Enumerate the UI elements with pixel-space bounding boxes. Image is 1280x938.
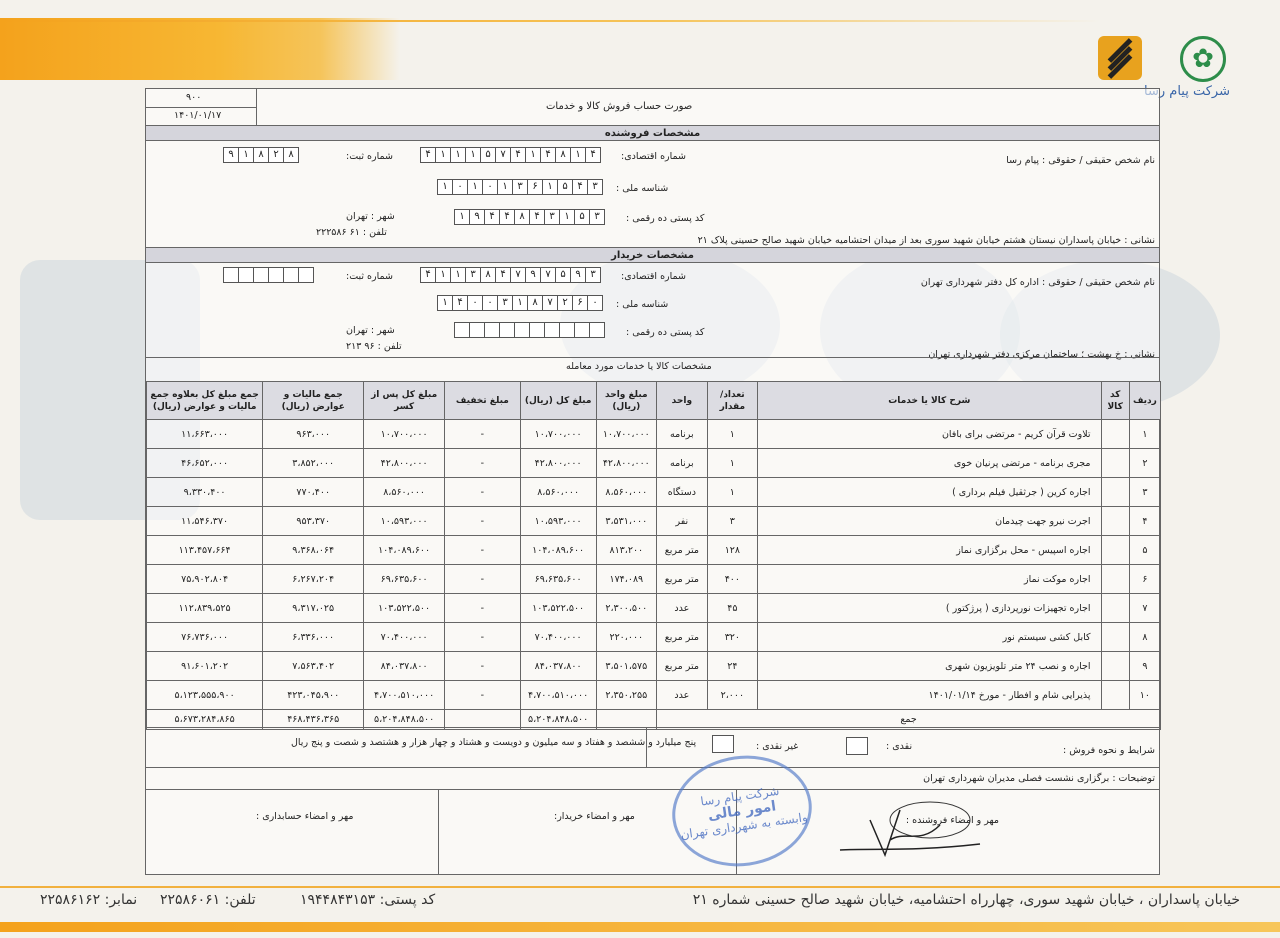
digit-box xyxy=(529,322,545,338)
digit-box: ۱ xyxy=(559,209,575,225)
table-row: ۲مجری برنامه - مرتضی پرنیان خوی۱برنامه۴۲… xyxy=(147,449,1161,478)
cell-discount: - xyxy=(445,652,521,681)
digit-box: ۰ xyxy=(482,295,498,311)
col-unit: واحد xyxy=(657,382,708,420)
cell-tax: ۹،۳۶۸،۰۶۴ xyxy=(263,536,364,565)
buyer-name-value: اداره کل دفتر شهرداری تهران xyxy=(921,277,1039,288)
digit-box xyxy=(238,267,254,283)
cell-after-discount: ۱۰،۷۰۰،۰۰۰ xyxy=(364,420,445,449)
digit-box: ۴ xyxy=(484,209,500,225)
buyer-national-id-label: شناسه ملی : xyxy=(616,299,668,310)
digit-box: ۹ xyxy=(223,147,239,163)
digit-box xyxy=(283,267,299,283)
cell-qty: ۳۲۰ xyxy=(707,623,758,652)
buyer-section-title: مشخصات خریدار xyxy=(146,247,1159,263)
cell-after-discount: ۸۴،۰۳۷،۸۰۰ xyxy=(364,652,445,681)
buyer-economic-code-label: شماره اقتصادی: xyxy=(621,271,686,282)
digit-box: ۶ xyxy=(527,179,543,195)
cell-grand: ۱۱،۵۴۶،۳۷۰ xyxy=(147,507,263,536)
buyer-city: شهر : تهران xyxy=(346,325,395,336)
digit-box: ۳ xyxy=(589,209,605,225)
buyer-phone: تلفن : ۹۶ ۲۱۳ xyxy=(346,341,402,352)
digit-box: ۱ xyxy=(525,147,541,163)
digit-box: ۱ xyxy=(465,147,481,163)
cell-desc: اجاره موکت نماز xyxy=(758,565,1101,594)
digit-box: ۱ xyxy=(437,295,453,311)
digit-box: ۱ xyxy=(570,147,586,163)
invoice-number: ۹۰۰ xyxy=(186,92,201,103)
buyer-national-id: ۱۴۰۰۳۱۸۷۲۶۰ xyxy=(438,295,603,311)
cell-after-discount: ۸،۵۶۰،۰۰۰ xyxy=(364,478,445,507)
cell-after-discount: ۷۰،۴۰۰،۰۰۰ xyxy=(364,623,445,652)
items-table: ردیف کد کالا شرح کالا یا خدمات تعداد/مقد… xyxy=(146,381,1161,730)
col-description: شرح کالا یا خدمات xyxy=(758,382,1101,420)
seller-postal-code: ۱۹۴۴۸۴۳۱۵۳ xyxy=(455,209,605,225)
buyer-registration xyxy=(224,267,314,283)
cell-unit: متر مربع xyxy=(657,623,708,652)
buyer-signature-label: مهر و امضاء خریدار: xyxy=(554,811,635,822)
seller-name-label: نام شخص حقیقی / حقوقی : پیام رسا xyxy=(1006,155,1155,166)
cell-discount: - xyxy=(445,623,521,652)
footer-line xyxy=(0,886,1280,888)
footer-orange-band xyxy=(0,922,1280,932)
digit-box xyxy=(484,322,500,338)
digit-box: ۳ xyxy=(465,267,481,283)
digit-box: ۳ xyxy=(544,209,560,225)
payam-rasa-logo-icon xyxy=(1098,36,1142,80)
digit-box: ۴ xyxy=(499,209,515,225)
digit-box xyxy=(544,322,560,338)
cash-checkbox[interactable] xyxy=(846,737,868,755)
cell-discount: - xyxy=(445,420,521,449)
cell-unit-price: ۳،۵۳۱،۰۰۰ xyxy=(596,507,657,536)
cell-qty: ۱ xyxy=(707,449,758,478)
seller-economic-code-label: شماره اقتصادی: xyxy=(621,151,686,162)
digit-box xyxy=(454,322,470,338)
digit-box: ۸ xyxy=(253,147,269,163)
letterhead-line xyxy=(0,20,1100,22)
terms-label: شرایط و نحوه فروش : xyxy=(1063,745,1155,756)
cell-row: ۱۰ xyxy=(1129,681,1160,710)
cell-grand: ۹۱،۶۰۱،۲۰۲ xyxy=(147,652,263,681)
digit-box: ۹ xyxy=(570,267,586,283)
noncash-checkbox[interactable] xyxy=(712,735,734,753)
col-tax: جمع مالیات و عوارض (ریال) xyxy=(263,382,364,420)
cell-after-discount: ۴،۷۰۰،۵۱۰،۰۰۰ xyxy=(364,681,445,710)
cell-code xyxy=(1101,623,1129,652)
buyer-registration-label: شماره ثبت: xyxy=(346,271,393,282)
table-row: ۹اجاره و نصب ۲۴ متر تلویزیون شهری۲۴متر م… xyxy=(147,652,1161,681)
digit-box xyxy=(514,322,530,338)
cell-unit: متر مربع xyxy=(657,565,708,594)
digit-box: ۴ xyxy=(420,267,436,283)
cell-unit: نفر xyxy=(657,507,708,536)
digit-box: ۵ xyxy=(557,179,573,195)
digit-box: ۴ xyxy=(452,295,468,311)
cell-desc: تلاوت قرآن کریم - مرتضی برای بافان xyxy=(758,420,1101,449)
digit-box: ۹ xyxy=(469,209,485,225)
cell-unit-price: ۲،۳۵۰،۲۵۵ xyxy=(596,681,657,710)
buyer-name-label: نام شخص حقیقی / حقوقی : اداره کل دفتر شه… xyxy=(921,277,1155,288)
digit-box: ۱ xyxy=(450,147,466,163)
digit-box: ۰ xyxy=(587,295,603,311)
cell-desc: اجاره و نصب ۲۴ متر تلویزیون شهری xyxy=(758,652,1101,681)
cell-code xyxy=(1101,478,1129,507)
cell-desc: پذیرایی شام و افطار - مورخ ۱۴۰۱/۰۱/۱۴ xyxy=(758,681,1101,710)
footer-phone: تلفن: ۲۲۵۸۶۰۶۱ xyxy=(160,892,256,908)
digit-box: ۵ xyxy=(574,209,590,225)
digit-box: ۳ xyxy=(587,179,603,195)
table-row: ۴اجرت نیرو جهت چیدمان۳نفر۳،۵۳۱،۰۰۰۱۰،۵۹۳… xyxy=(147,507,1161,536)
seller-national-id: ۱۰۱۰۱۳۶۱۵۴۳ xyxy=(438,179,603,195)
digit-box: ۱ xyxy=(238,147,254,163)
cell-after-discount: ۶۹،۶۳۵،۶۰۰ xyxy=(364,565,445,594)
digit-box: ۱ xyxy=(512,295,528,311)
cell-total: ۱۰،۵۹۳،۰۰۰ xyxy=(520,507,596,536)
digit-box: ۷ xyxy=(540,267,556,283)
digit-box: ۴ xyxy=(540,147,556,163)
seller-national-id-label: شناسه ملی : xyxy=(616,183,668,194)
digit-box: ۷ xyxy=(495,147,511,163)
items-section-title: مشخصات کالا یا خدمات مورد معامله xyxy=(566,361,712,372)
cell-grand: ۴۶،۶۵۲،۰۰۰ xyxy=(147,449,263,478)
cell-unit-price: ۲،۳۰۰،۵۰۰ xyxy=(596,594,657,623)
digit-box xyxy=(499,322,515,338)
digit-box xyxy=(253,267,269,283)
cell-row: ۴ xyxy=(1129,507,1160,536)
accounting-signature-label: مهر و امضاء حسابداری : xyxy=(256,811,353,822)
cell-unit-price: ۲۲۰،۰۰۰ xyxy=(596,623,657,652)
cell-after-discount: ۴۲،۸۰۰،۰۰۰ xyxy=(364,449,445,478)
cell-row: ۸ xyxy=(1129,623,1160,652)
col-unit-price: مبلغ واحد (ریال) xyxy=(596,382,657,420)
cell-unit: برنامه xyxy=(657,449,708,478)
cell-tax: ۹۶۳،۰۰۰ xyxy=(263,420,364,449)
digit-box xyxy=(589,322,605,338)
table-row: ۱۰پذیرایی شام و افطار - مورخ ۱۴۰۱/۰۱/۱۴۲… xyxy=(147,681,1161,710)
cell-tax: ۷۷۰،۴۰۰ xyxy=(263,478,364,507)
table-row: ۳اجاره کرین ( جرثقیل فیلم برداری )۱دستگا… xyxy=(147,478,1161,507)
cell-tax: ۳،۸۵۲،۰۰۰ xyxy=(263,449,364,478)
cell-unit-price: ۸،۵۶۰،۰۰۰ xyxy=(596,478,657,507)
cell-desc: مجری برنامه - مرتضی پرنیان خوی xyxy=(758,449,1101,478)
cell-row: ۳ xyxy=(1129,478,1160,507)
footer-fax: نمابر: ۲۲۵۸۶۱۶۲ xyxy=(40,892,137,908)
cell-qty: ۲،۰۰۰ xyxy=(707,681,758,710)
cell-unit-price: ۴۲،۸۰۰،۰۰۰ xyxy=(596,449,657,478)
cell-unit-price: ۱۰،۷۰۰،۰۰۰ xyxy=(596,420,657,449)
cell-grand: ۹،۳۳۰،۴۰۰ xyxy=(147,478,263,507)
seller-signature xyxy=(830,800,990,860)
cell-total: ۸۴،۰۳۷،۸۰۰ xyxy=(520,652,596,681)
digit-box: ۰ xyxy=(452,179,468,195)
col-row: ردیف xyxy=(1129,382,1160,420)
seller-section-title: مشخصات فروشنده xyxy=(146,125,1159,141)
cell-desc: کابل کشی سیستم نور xyxy=(758,623,1101,652)
digit-box: ۱ xyxy=(542,179,558,195)
digit-box xyxy=(574,322,590,338)
digit-box: ۰ xyxy=(467,295,483,311)
cell-grand: ۵،۱۲۳،۵۵۵،۹۰۰ xyxy=(147,681,263,710)
cell-unit: برنامه xyxy=(657,420,708,449)
invoice-date: ۱۴۰۱/۰۱/۱۷ xyxy=(174,110,221,121)
cell-qty: ۲۴ xyxy=(707,652,758,681)
cell-desc: اجرت نیرو جهت چیدمان xyxy=(758,507,1101,536)
seller-address: نشانی : خیابان پاسداران نیستان هشتم خیاب… xyxy=(698,235,1155,246)
digit-box: ۲ xyxy=(268,147,284,163)
digit-box: ۹ xyxy=(525,267,541,283)
cell-qty: ۴۵ xyxy=(707,594,758,623)
cell-unit-price: ۱۷۴،۰۸۹ xyxy=(596,565,657,594)
cell-tax: ۶،۳۳۶،۰۰۰ xyxy=(263,623,364,652)
digit-box: ۴ xyxy=(572,179,588,195)
digit-box: ۱ xyxy=(454,209,470,225)
amount-in-words: پنج میلیارد و ششصد و هفتاد و سه میلیون و… xyxy=(291,737,696,748)
cell-discount: - xyxy=(445,594,521,623)
letterhead-orange-band xyxy=(0,18,400,80)
cash-label: نقدی : xyxy=(886,741,912,752)
cell-tax: ۴۲۳،۰۴۵،۹۰۰ xyxy=(263,681,364,710)
cell-discount: - xyxy=(445,449,521,478)
cell-grand: ۷۵،۹۰۲،۸۰۴ xyxy=(147,565,263,594)
tehran-municipality-logo-icon: ✿ xyxy=(1180,36,1226,82)
cell-code xyxy=(1101,507,1129,536)
cell-total: ۴۲،۸۰۰،۰۰۰ xyxy=(520,449,596,478)
cell-total: ۶۹،۶۳۵،۶۰۰ xyxy=(520,565,596,594)
cell-after-discount: ۱۰۴،۰۸۹،۶۰۰ xyxy=(364,536,445,565)
col-quantity: تعداد/مقدار xyxy=(707,382,758,420)
cell-discount: - xyxy=(445,565,521,594)
cell-row: ۹ xyxy=(1129,652,1160,681)
cell-qty: ۱ xyxy=(707,478,758,507)
cell-code xyxy=(1101,536,1129,565)
seller-phone: تلفن : ۶۱ ۲۲۲۵۸۶ xyxy=(316,227,387,238)
items-header-row: ردیف کد کالا شرح کالا یا خدمات تعداد/مقد… xyxy=(147,382,1161,420)
digit-box: ۱ xyxy=(435,147,451,163)
cell-qty: ۴۰۰ xyxy=(707,565,758,594)
digit-box: ۵ xyxy=(480,147,496,163)
cell-code xyxy=(1101,652,1129,681)
cell-discount: - xyxy=(445,536,521,565)
buyer-address: نشانی : خ بهشت ؛ ساختمان مرکزی دفتر شهرد… xyxy=(928,349,1155,360)
cell-grand: ۱۱۲،۸۳۹،۵۲۵ xyxy=(147,594,263,623)
footer-address: خیابان پاسداران ، خیابان شهید سوری، چهار… xyxy=(693,892,1240,908)
col-after-discount: مبلغ کل پس از کسر xyxy=(364,382,445,420)
digit-box: ۴ xyxy=(529,209,545,225)
cell-row: ۵ xyxy=(1129,536,1160,565)
digit-box: ۴ xyxy=(510,147,526,163)
digit-box: ۴ xyxy=(585,147,601,163)
cell-desc: اجاره اسپیس - محل برگزاری نماز xyxy=(758,536,1101,565)
cell-tax: ۷،۵۶۳،۴۰۲ xyxy=(263,652,364,681)
cell-grand: ۱۱،۶۶۳،۰۰۰ xyxy=(147,420,263,449)
cell-total: ۱۰۴،۰۸۹،۶۰۰ xyxy=(520,536,596,565)
cell-row: ۲ xyxy=(1129,449,1160,478)
cell-unit: دستگاه xyxy=(657,478,708,507)
col-discount: مبلغ تخفیف xyxy=(445,382,521,420)
table-row: ۵اجاره اسپیس - محل برگزاری نماز۱۲۸متر مر… xyxy=(147,536,1161,565)
cell-tax: ۶،۲۶۷،۲۰۴ xyxy=(263,565,364,594)
digit-box xyxy=(469,322,485,338)
invoice-form: ۹۰۰ ۱۴۰۱/۰۱/۱۷ صورت حساب فروش کالا و خدم… xyxy=(145,88,1160,875)
digit-box: ۲ xyxy=(557,295,573,311)
cell-total: ۱۰،۷۰۰،۰۰۰ xyxy=(520,420,596,449)
digit-box: ۴ xyxy=(420,147,436,163)
seller-registration-label: شماره ثبت: xyxy=(346,151,393,162)
footer-postal-code: کد پستی: ۱۹۴۴۸۴۳۱۵۳ xyxy=(300,892,435,908)
invoice-title: صورت حساب فروش کالا و خدمات xyxy=(546,101,692,112)
digit-box: ۸ xyxy=(555,147,571,163)
digit-box xyxy=(268,267,284,283)
cell-desc: اجاره کرین ( جرثقیل فیلم برداری ) xyxy=(758,478,1101,507)
digit-box: ۸ xyxy=(527,295,543,311)
cell-code xyxy=(1101,449,1129,478)
cell-desc: اجاره تجهیزات نورپردازی ( پرژکتور ) xyxy=(758,594,1101,623)
seller-city: شهر : تهران xyxy=(346,211,395,222)
cell-grand: ۷۶،۷۳۶،۰۰۰ xyxy=(147,623,263,652)
digit-box: ۶ xyxy=(572,295,588,311)
digit-box: ۱ xyxy=(467,179,483,195)
cell-qty: ۱۲۸ xyxy=(707,536,758,565)
digit-box: ۷ xyxy=(510,267,526,283)
cell-row: ۷ xyxy=(1129,594,1160,623)
cell-unit: عدد xyxy=(657,594,708,623)
buyer-postal-code xyxy=(455,322,605,338)
digit-box: ۱ xyxy=(437,179,453,195)
digit-box: ۱ xyxy=(497,179,513,195)
col-grand-total: جمع مبلغ کل بعلاوه جمع مالیات و عوارض (ر… xyxy=(147,382,263,420)
cell-unit-price: ۸۱۳،۲۰۰ xyxy=(596,536,657,565)
cell-total: ۴،۷۰۰،۵۱۰،۰۰۰ xyxy=(520,681,596,710)
digit-box: ۳ xyxy=(512,179,528,195)
cell-qty: ۳ xyxy=(707,507,758,536)
cell-total: ۱۰۳،۵۲۲،۵۰۰ xyxy=(520,594,596,623)
cell-code xyxy=(1101,681,1129,710)
cell-total: ۸،۵۶۰،۰۰۰ xyxy=(520,478,596,507)
cell-code xyxy=(1101,565,1129,594)
col-total: مبلغ کل (ریال) xyxy=(520,382,596,420)
table-row: ۸کابل کشی سیستم نور۳۲۰متر مربع۲۲۰،۰۰۰۷۰،… xyxy=(147,623,1161,652)
digit-box: ۳ xyxy=(585,267,601,283)
digit-box: ۸ xyxy=(514,209,530,225)
cell-discount: - xyxy=(445,681,521,710)
cell-row: ۱ xyxy=(1129,420,1160,449)
digit-box: ۸ xyxy=(283,147,299,163)
cell-grand: ۱۱۳،۴۵۷،۶۶۴ xyxy=(147,536,263,565)
col-code: کد کالا xyxy=(1101,382,1129,420)
buyer-postal-code-label: کد پستی ده رقمی : xyxy=(626,327,704,338)
cell-unit: متر مربع xyxy=(657,536,708,565)
digit-box: ۰ xyxy=(482,179,498,195)
notes: توضیحات : برگزاری نشست فصلی مدیران شهردا… xyxy=(923,773,1155,784)
cell-after-discount: ۱۰،۵۹۳،۰۰۰ xyxy=(364,507,445,536)
cell-unit: عدد xyxy=(657,681,708,710)
cell-tax: ۹،۳۱۷،۰۲۵ xyxy=(263,594,364,623)
cell-total: ۷۰،۴۰۰،۰۰۰ xyxy=(520,623,596,652)
cell-code xyxy=(1101,594,1129,623)
digit-box: ۸ xyxy=(480,267,496,283)
digit-box xyxy=(559,322,575,338)
seller-postal-code-label: کد پستی ده رقمی : xyxy=(626,213,704,224)
cell-qty: ۱ xyxy=(707,420,758,449)
cell-unit: متر مربع xyxy=(657,652,708,681)
digit-box: ۱ xyxy=(450,267,466,283)
cell-unit-price: ۳،۵۰۱،۵۷۵ xyxy=(596,652,657,681)
digit-box: ۳ xyxy=(497,295,513,311)
cell-code xyxy=(1101,420,1129,449)
digit-box xyxy=(223,267,239,283)
digit-box: ۵ xyxy=(555,267,571,283)
table-row: ۶اجاره موکت نماز۴۰۰متر مربع۱۷۴،۰۸۹۶۹،۶۳۵… xyxy=(147,565,1161,594)
seller-registration: ۹۱۸۲۸ xyxy=(224,147,299,163)
seller-economic-code: ۴۱۱۱۵۷۴۱۴۸۱۴ xyxy=(421,147,601,163)
cell-discount: - xyxy=(445,478,521,507)
buyer-economic-code: ۴۱۱۳۸۴۷۹۷۵۹۳ xyxy=(421,267,601,283)
table-row: ۱تلاوت قرآن کریم - مرتضی برای بافان۱برنا… xyxy=(147,420,1161,449)
digit-box xyxy=(298,267,314,283)
cell-discount: - xyxy=(445,507,521,536)
digit-box: ۷ xyxy=(542,295,558,311)
cell-tax: ۹۵۳،۳۷۰ xyxy=(263,507,364,536)
cell-after-discount: ۱۰۳،۵۲۲،۵۰۰ xyxy=(364,594,445,623)
table-row: ۷اجاره تجهیزات نورپردازی ( پرژکتور )۴۵عد… xyxy=(147,594,1161,623)
noncash-label: غیر نقدی : xyxy=(756,741,798,752)
digit-box: ۴ xyxy=(495,267,511,283)
seller-name-value: پیام رسا xyxy=(1006,155,1039,166)
digit-box: ۱ xyxy=(435,267,451,283)
cell-row: ۶ xyxy=(1129,565,1160,594)
